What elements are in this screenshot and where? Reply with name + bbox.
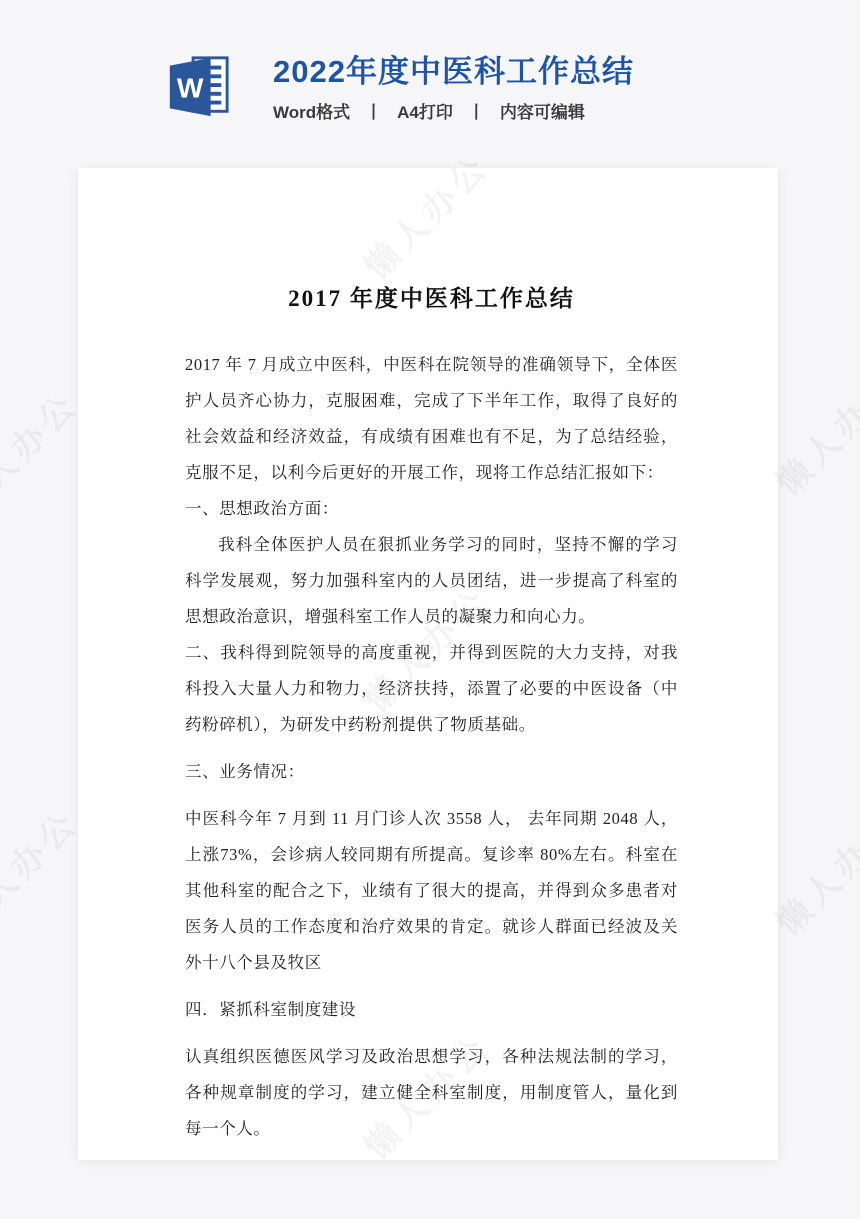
subtitle-a4-print: A4打印 [397, 98, 453, 123]
subtitle-word-format: Word格式 [273, 98, 350, 123]
document-body: 2017 年 7 月成立中医科，中医科在院领导的准确领导下，全体医护人员齐心协力… [185, 347, 678, 1147]
document-paragraph: 一、思想政治方面： [185, 491, 678, 527]
document-paragraph: 二、我科得到院领导的高度重视，并得到医院的大力支持，对我科投入大量人力和物力，经… [185, 635, 678, 743]
document-paragraph: 中医科今年 7 月到 11 月门诊人次 3558 人， 去年同期 2048 人，… [185, 801, 678, 981]
document-paragraph: 我科全体医护人员在狠抓业务学习的同时，坚持不懈的学习科学发展观，努力加强科室内的… [185, 527, 678, 635]
page-title: 2022年度中医科工作总结 [273, 54, 634, 90]
document-title: 2017 年度中医科工作总结 [185, 280, 678, 313]
subtitle-separator: 丨 [468, 98, 485, 123]
subtitle-editable: 内容可编辑 [500, 98, 585, 123]
watermark-text: 懒人办公 [0, 797, 88, 945]
word-icon-letter: W [177, 72, 204, 104]
document-paragraph: 三、业务情况： [185, 754, 678, 790]
document-content: 2017 年度中医科工作总结 2017 年 7 月成立中医科，中医科在院领导的准… [78, 168, 778, 1147]
watermark-text: 懒人办公 [0, 379, 88, 527]
header: W 2022年度中医科工作总结 Word格式 丨 A4打印 丨 内容可编辑 [163, 54, 634, 123]
document-paragraph: 四．紧抓科室制度建设 [185, 992, 678, 1028]
document-page: 2017 年度中医科工作总结 2017 年 7 月成立中医科，中医科在院领导的准… [78, 168, 778, 1160]
subtitle-separator: 丨 [365, 98, 382, 123]
word-file-icon: W [163, 54, 231, 120]
document-paragraph: 认真组织医德医风学习及政治思想学习，各种法规法制的学习，各种规章制度的学习，建立… [185, 1039, 678, 1147]
document-paragraph: 2017 年 7 月成立中医科，中医科在院领导的准确领导下，全体医护人员齐心协力… [185, 347, 678, 491]
page-subtitle: Word格式 丨 A4打印 丨 内容可编辑 [273, 98, 634, 123]
